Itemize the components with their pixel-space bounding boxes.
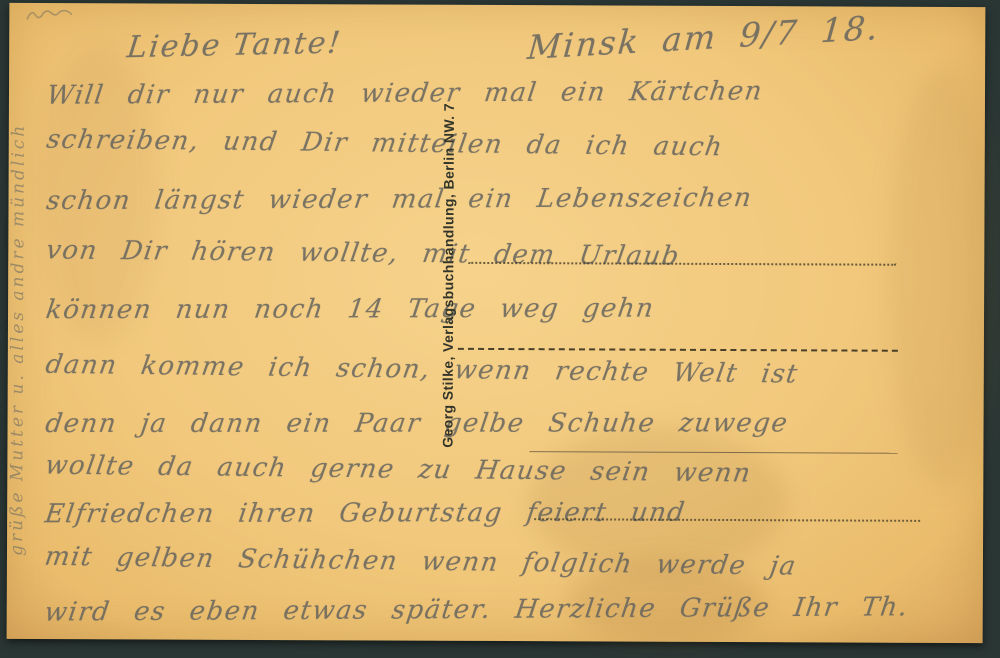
message-line: Will dir nur auch wieder mal ein Kärtche… — [45, 76, 765, 110]
message-line: wird es eben etwas später. Herzliche Grü… — [43, 592, 911, 627]
address-line-2 — [458, 348, 898, 352]
message-line: wollte da auch gerne zu Hause sein wenn — [43, 451, 754, 489]
publisher-imprint: Georg Stilke, Verlagsbuchhandlung, Berli… — [439, 61, 465, 491]
message-line: Elfriedchen ihren Geburtstag feiert und — [43, 498, 688, 530]
corner-scribble — [25, 5, 73, 25]
message-line: mit gelben Schühchen wenn folglich werde… — [43, 542, 799, 582]
message-line: können nun noch 14 Tage weg gehn — [44, 294, 656, 326]
message-line: denn ja dann ein Paar gelbe Schuhe zuweg… — [43, 408, 790, 439]
paper-stain — [887, 67, 999, 487]
dateline-handwriting: Minsk am 9/7 18. — [526, 8, 881, 67]
postcard-back: Minsk am 9/7 18. Liebe Tante! Will dir n… — [7, 3, 986, 643]
greeting-handwriting: Liebe Tante! — [125, 25, 344, 65]
message-line: von Dir hören wollte, mit dem Urlaub — [44, 235, 682, 271]
address-line-3 — [529, 451, 897, 454]
message-line: schreiben, und Dir mitteilen da ich auch — [45, 125, 726, 163]
message-line: dann komme ich schon, wenn rechte Welt i… — [44, 350, 801, 390]
message-line: schon längst wieder mal ein Lebenszeiche… — [44, 183, 754, 216]
margin-note-handwriting: grüße Mutter u. alles andre mündlich — [7, 33, 40, 645]
